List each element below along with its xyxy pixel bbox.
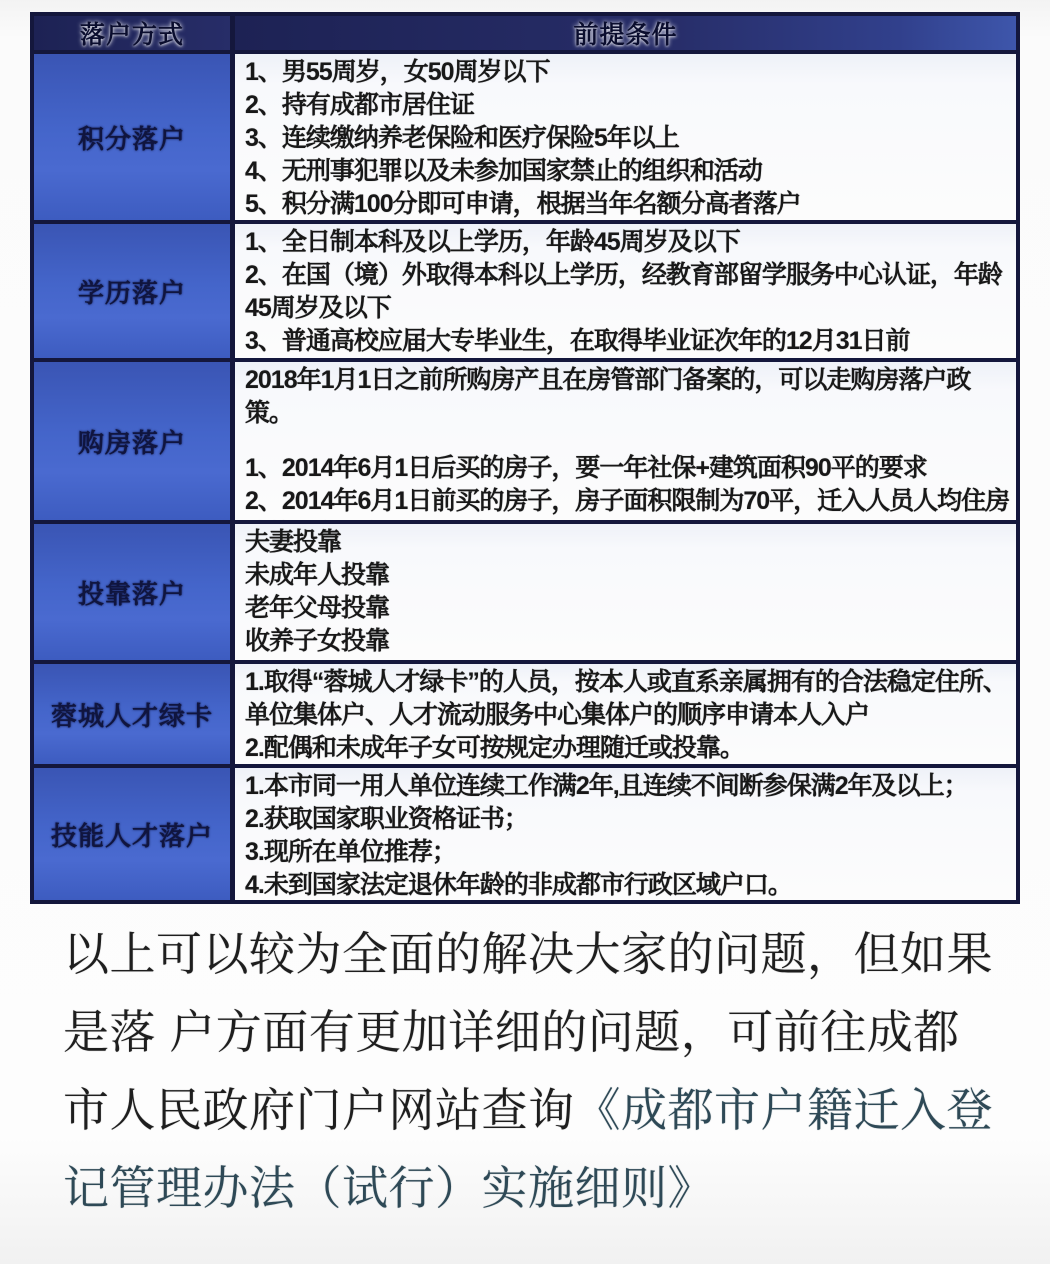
conditions-cell: 1.取得“蓉城人才绿卡”的人员，按本人或直系亲属拥有的合法稳定住所、单位集体户、… xyxy=(235,664,1016,764)
condition-line: 3.现所在单位推荐； xyxy=(245,836,1010,869)
condition-line: 3、连续缴纳养老保险和医疗保险5年以上 xyxy=(245,122,1010,155)
condition-line: 未成年人投靠 xyxy=(245,559,1010,592)
condition-line: 2.获取国家职业资格证书； xyxy=(245,803,1010,836)
conditions-cell: 1、全日制本科及以上学历，年龄45周岁及以下 2、在国（境）外取得本科以上学历，… xyxy=(235,224,1016,358)
conditions-cell: 1、男55周岁，女50周岁以下 2、持有成都市居住证 3、连续缴纳养老保险和医疗… xyxy=(235,54,1016,220)
table-row-family: 投靠落户 夫妻投靠 未成年人投靠 老年父母投靠 收养子女投靠 xyxy=(34,524,1016,660)
condition-line: 2、2014年6月1日前买的房子，房子面积限制为70平，迁入人员人均住房建筑面积… xyxy=(245,485,1010,520)
condition-line: 5、积分满100分即可申请，根据当年名额分高者落户 xyxy=(245,188,1010,220)
conditions-cell: 夫妻投靠 未成年人投靠 老年父母投靠 收养子女投靠 xyxy=(235,524,1016,660)
method-cell: 购房落户 xyxy=(34,362,230,520)
condition-line: 1、全日制本科及以上学历，年龄45周岁及以下 xyxy=(245,226,1010,259)
table-row-property: 购房落户 2018年1月1日之前所购房产且在房管部门备案的，可以走购房落户政策。… xyxy=(34,362,1016,520)
table-row-green-card: 蓉城人才绿卡 1.取得“蓉城人才绿卡”的人员，按本人或直系亲属拥有的合法稳定住所… xyxy=(34,664,1016,764)
table-row-points: 积分落户 1、男55周岁，女50周岁以下 2、持有成都市居住证 3、连续缴纳养老… xyxy=(34,54,1016,220)
column-header-conditions: 前提条件 xyxy=(235,16,1016,50)
method-cell: 技能人才落户 xyxy=(34,768,230,900)
table-row-skilled-talent: 技能人才落户 1.本市同一用人单位连续工作满2年,且连续不间断参保满2年及以上；… xyxy=(34,768,1016,900)
condition-line: 1、2014年6月1日后买的房子，要一年社保+建筑面积90平的要求 xyxy=(245,452,1010,485)
footer-note: 以上可以较为全面的解决大家的问题，但如果是落 户方面有更加详细的问题，可前往成都… xyxy=(63,915,995,1227)
condition-line: 收养子女投靠 xyxy=(245,625,1010,658)
conditions-cell: 2018年1月1日之前所购房产且在房管部门备案的，可以走购房落户政策。 1、20… xyxy=(235,362,1016,520)
method-cell: 积分落户 xyxy=(34,54,230,220)
condition-line: 2.配偶和未成年子女可按规定办理随迁或投靠。 xyxy=(245,732,1010,764)
condition-line: 1、男55周岁，女50周岁以下 xyxy=(245,56,1010,89)
condition-line: 1.本市同一用人单位连续工作满2年,且连续不间断参保满2年及以上； xyxy=(245,770,1010,803)
condition-line: 1.取得“蓉城人才绿卡”的人员，按本人或直系亲属拥有的合法稳定住所、单位集体户、… xyxy=(245,666,1010,732)
condition-line: 2、持有成都市居住证 xyxy=(245,89,1010,122)
method-cell: 蓉城人才绿卡 xyxy=(34,664,230,764)
method-cell: 投靠落户 xyxy=(34,524,230,660)
condition-line: 2、在国（境）外取得本科以上学历，经教育部留学服务中心认证，年龄45周岁及以下 xyxy=(245,259,1010,325)
condition-line: 3、普通高校应届大专毕业生，在取得毕业证次年的12月31日前 xyxy=(245,325,1010,358)
condition-line: 夫妻投靠 xyxy=(245,526,1010,559)
method-cell: 学历落户 xyxy=(34,224,230,358)
condition-line: 4、无刑事犯罪以及未参加国家禁止的组织和活动 xyxy=(245,155,1010,188)
conditions-cell: 1.本市同一用人单位连续工作满2年,且连续不间断参保满2年及以上； 2.获取国家… xyxy=(235,768,1016,900)
page: 落户方式 前提条件 积分落户 1、男55周岁，女50周岁以下 2、持有成都市居住… xyxy=(0,0,1050,1264)
column-header-method: 落户方式 xyxy=(34,16,230,50)
condition-line: 老年父母投靠 xyxy=(245,592,1010,625)
table-header-row: 落户方式 前提条件 xyxy=(34,16,1016,50)
condition-line: 2018年1月1日之前所购房产且在房管部门备案的，可以走购房落户政策。 xyxy=(245,364,1010,430)
hukou-methods-table: 落户方式 前提条件 积分落户 1、男55周岁，女50周岁以下 2、持有成都市居住… xyxy=(30,12,1020,904)
condition-line: 4.未到国家法定退休年龄的非成都市行政区域户口。 xyxy=(245,869,1010,900)
table-row-education: 学历落户 1、全日制本科及以上学历，年龄45周岁及以下 2、在国（境）外取得本科… xyxy=(34,224,1016,358)
